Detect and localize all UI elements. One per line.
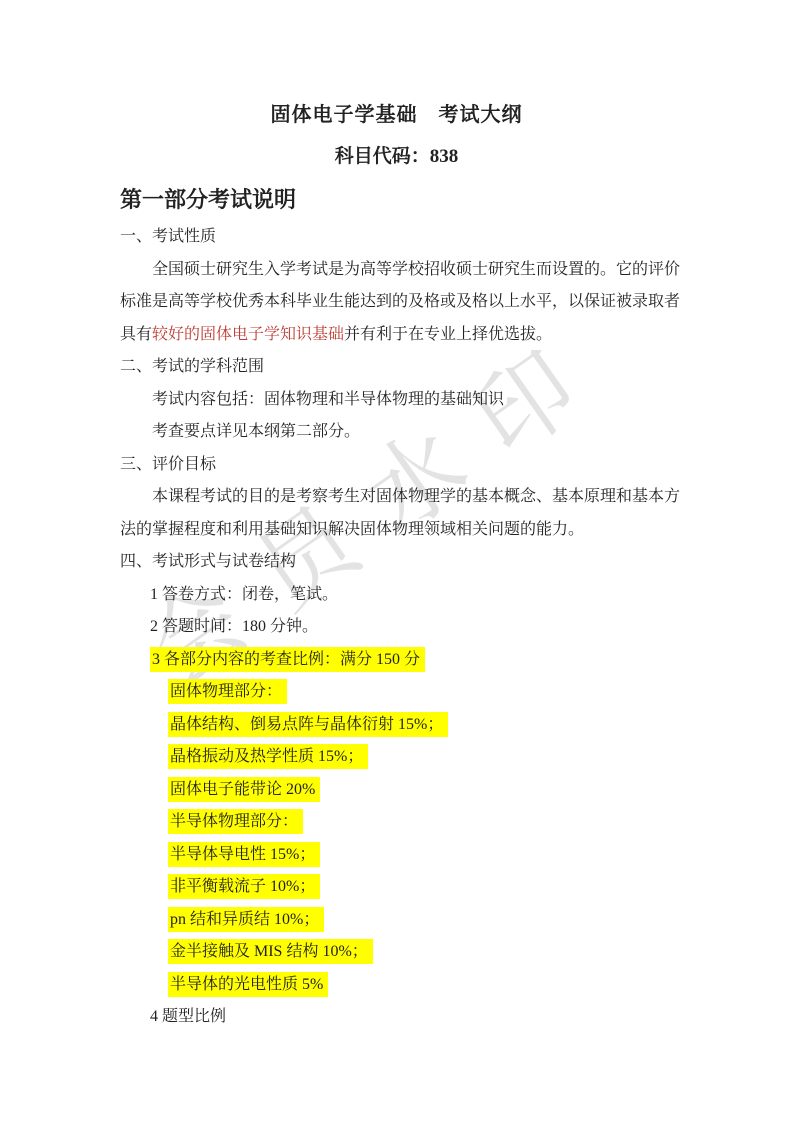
plain-text: 并有利于在专业上择优选拔。 — [344, 326, 552, 343]
evaluation-goal-line-1: 本课程考试的目的是考察考生对固体物理学的基本概念、基本原理和基本方 — [120, 481, 680, 514]
subject-code: 科目代码：838 — [0, 143, 793, 171]
evaluation-goal-line-2: 法的掌握程度和利用基础知识解决固体物理领域相关问题的能力。 — [120, 514, 680, 547]
ratio-pn-junction: pn 结和异质结 10%； — [120, 904, 680, 937]
score-ratio-heading-line: 3 各部分内容的考查比例：满分 150 分 — [120, 644, 680, 677]
question-type-ratio-line: 4 题型比例 — [120, 1001, 680, 1034]
document-content: 固体电子学基础 考试大纲 科目代码：838 第一部分考试说明 一、考试性质全国硕… — [0, 0, 793, 1122]
red-emphasis-text: 较好的固体电子学知识基础 — [152, 326, 344, 343]
semiconductor-part-label: 半导体物理部分： — [120, 806, 680, 839]
solid-physics-part-label: 固体物理部分： — [120, 676, 680, 709]
document-page: 会员水印 固体电子学基础 考试大纲 科目代码：838 第一部分考试说明 一、考试… — [0, 0, 793, 1122]
item-4-exam-format-heading: 四、考试形式与试卷结构 — [120, 546, 680, 579]
subject-scope-line-2: 考查要点详见本纲第二部分。 — [120, 416, 680, 449]
ratio-nonequilibrium-carriers: 非平衡载流子 10%； — [120, 871, 680, 904]
body-lines: 一、考试性质全国硕士研究生入学考试是为高等学校招收硕士研究生而设置的。它的评价标… — [120, 221, 680, 1034]
exam-nature-paragraph-line-1: 全国硕士研究生入学考试是为高等学校招收硕士研究生而设置的。它的评价 — [120, 254, 680, 287]
exam-nature-paragraph-line-3: 具有较好的固体电子学知识基础并有利于在专业上择优选拔。 — [120, 319, 680, 352]
ratio-semiconductor-conductivity: 半导体导电性 15%； — [120, 839, 680, 872]
document-title: 固体电子学基础 考试大纲 — [0, 100, 793, 130]
item-2-subject-scope-heading: 二、考试的学科范围 — [120, 351, 680, 384]
exam-nature-paragraph-line-2: 标准是高等学校优秀本科毕业生能达到的及格或及格以上水平，以保证被录取者 — [120, 286, 680, 319]
ratio-lattice-vibration: 晶格振动及热学性质 15%； — [120, 741, 680, 774]
ratio-metal-semiconductor-mis: 金半接触及 MIS 结构 10%； — [120, 936, 680, 969]
part-one-heading: 第一部分考试说明 — [120, 186, 296, 214]
item-1-exam-nature-heading: 一、考试性质 — [120, 221, 680, 254]
ratio-energy-band-theory: 固体电子能带论 20% — [120, 774, 680, 807]
plain-text: 具有 — [120, 326, 152, 343]
item-3-evaluation-goal-heading: 三、评价目标 — [120, 449, 680, 482]
answer-time-line: 2 答题时间：180 分钟。 — [120, 611, 680, 644]
ratio-photoelectric-properties: 半导体的光电性质 5% — [120, 969, 680, 1002]
ratio-crystal-structure: 晶体结构、倒易点阵与晶体衍射 15%； — [120, 709, 680, 742]
subject-scope-line-1: 考试内容包括：固体物理和半导体物理的基础知识 — [120, 384, 680, 417]
answer-method-line: 1 答卷方式：闭卷，笔试。 — [120, 579, 680, 612]
